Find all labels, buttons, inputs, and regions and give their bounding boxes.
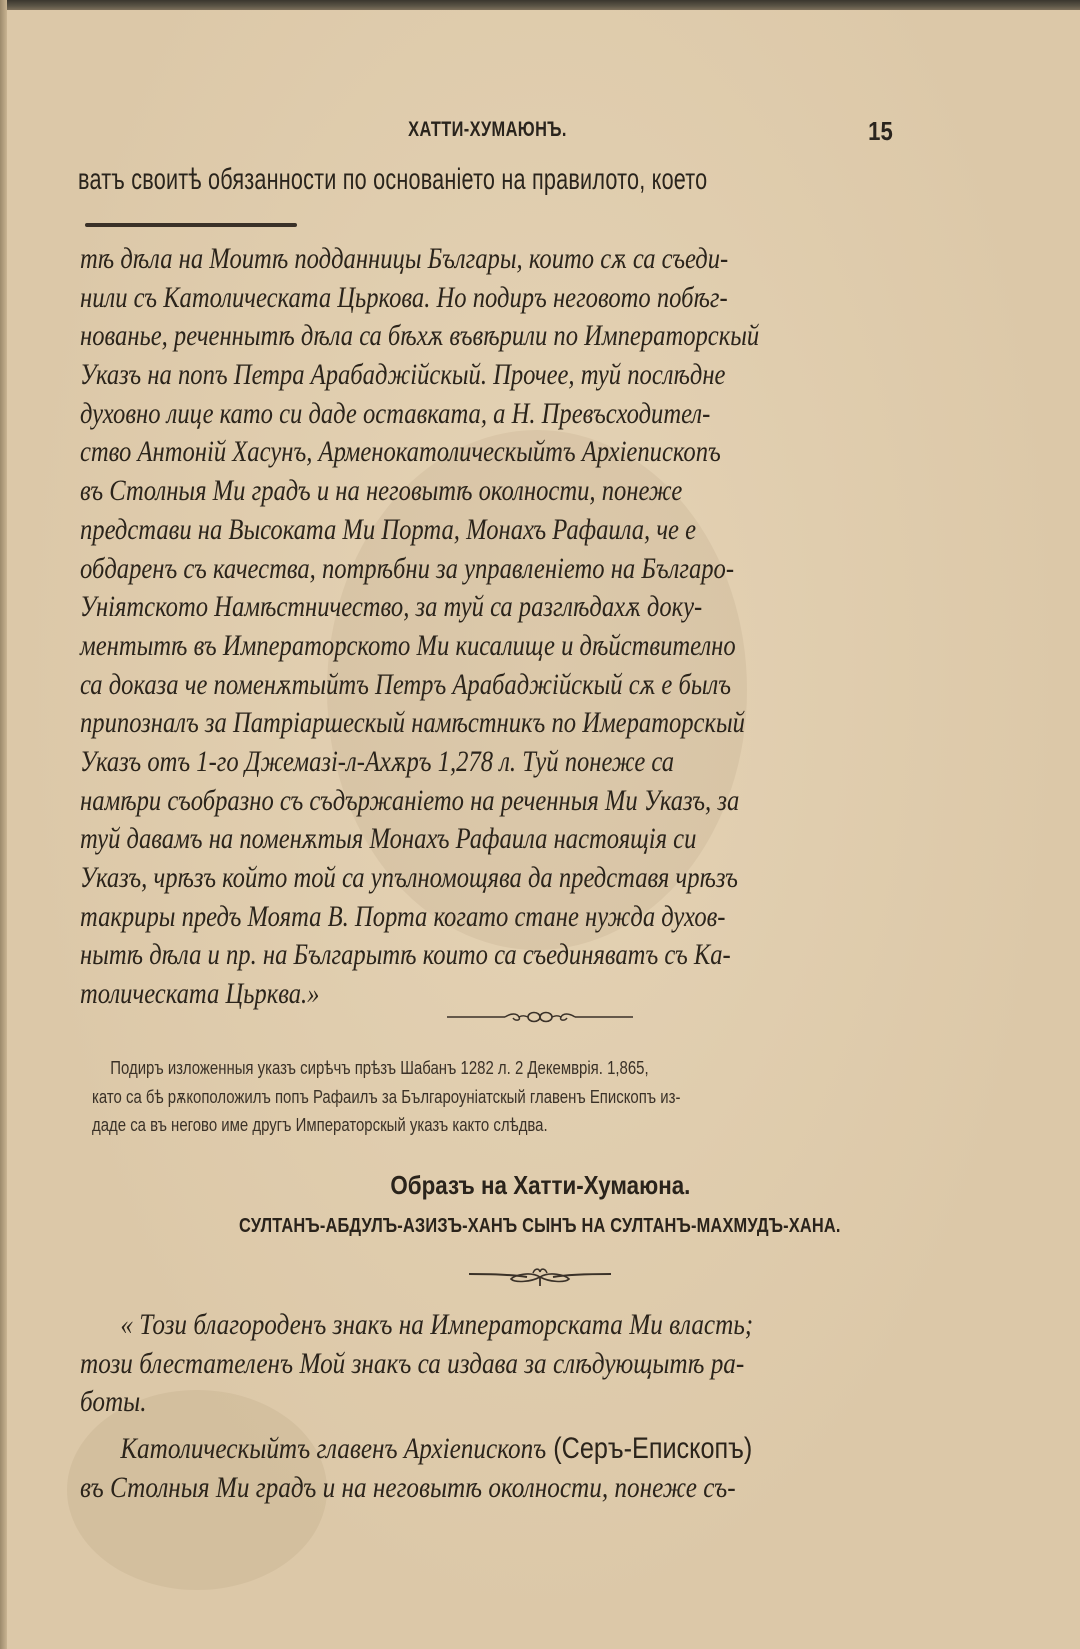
text-line: Указъ на попъ Петра Арабаджійскый. Проче… (80, 356, 752, 395)
text-line: Указъ отъ 1-го Джемазі-л-Ахѫръ 1,278 л. … (80, 743, 752, 782)
text-line: « Този благороденъ знакъ на Императорска… (80, 1306, 769, 1345)
text-line: духовно лице като си даде оставката, а Н… (80, 395, 752, 434)
note-line: като са бѣ рѫкоположилъ попъ Рафаилъ за … (92, 1083, 773, 1112)
text-line: толическата Цьрква.» (80, 975, 752, 1014)
running-title: ХАТТИ-ХУМАЮНЪ. (170, 118, 806, 142)
continuation-line: ватъ своитѣ обязанности по основаніето н… (78, 163, 668, 197)
decree-line-text: Католическыйтъ главенъ Архіепископъ (120, 1432, 546, 1465)
text-line: боты. (80, 1383, 769, 1422)
text-line: този блестателенъ Мой знакъ са издава за… (80, 1345, 769, 1384)
note-line: даде са въ негово име другъ Императорскы… (92, 1111, 773, 1140)
text-line: тѣ дѣла на Моитѣ подданницы Българы, кои… (80, 240, 752, 279)
text-line: представи на Высоката Ми Порта, Монахъ Р… (80, 511, 752, 550)
text-line: такриры предъ Моята В. Порта когато стан… (80, 898, 752, 937)
book-top-edge (0, 0, 1080, 10)
editorial-note: Подиръ изложенныя указъ сирѣчъ прѣзъ Шаб… (92, 1054, 912, 1140)
section-heading: Образъ на Хатти-Хумаюна. (0, 1170, 1080, 1201)
page-gutter-edge (0, 0, 7, 1649)
knot-ornament-icon (445, 1009, 635, 1025)
text-line: Указъ, чрѣзъ който той са упълномощява д… (80, 859, 752, 898)
footnote-rule (85, 223, 297, 227)
text-line: туй давамъ на поменѫтыя Монахъ Рафаила н… (80, 820, 752, 859)
text-line: ментытѣ въ Императорското Ми кисалище и … (80, 627, 752, 666)
bow-ornament-icon (465, 1265, 615, 1287)
bow-ornament-divider (0, 1265, 1080, 1287)
text-line: нованье, реченнытѣ дѣла са бѣхѫ въвѣрили… (80, 317, 752, 356)
text-line: въ Столныя Ми градъ и на неговытѣ околно… (80, 1469, 769, 1508)
text-line: Католическыйтъ главенъ Архіепископъ (Сер… (80, 1430, 769, 1469)
knot-ornament-divider (0, 1009, 1080, 1025)
running-head: ХАТТИ-ХУМАЮНЪ. 15 (80, 118, 895, 148)
decree-text: « Този благороденъ знакъ на Императорска… (80, 1306, 900, 1507)
text-line: нытѣ дѣла и пр. на Българытѣ които са съ… (80, 936, 752, 975)
decree-line-upright: (Серъ-Епископъ) (546, 1432, 752, 1465)
note-line: Подиръ изложенныя указъ сирѣчъ прѣзъ Шаб… (92, 1054, 773, 1083)
page-number: 15 (868, 116, 893, 147)
text-line: нили съ Католическата Цьркова. Но подиръ… (80, 279, 752, 318)
section-heading-text: Образъ на Хатти-Хумаюна. (390, 1170, 690, 1201)
text-line: намѣри съобразно съ съдържаніето на рече… (80, 782, 752, 821)
main-quote-paragraph: тѣ дѣла на Моитѣ подданницы Българы, кои… (80, 240, 900, 1014)
section-subheading: СУЛТАНЪ-АБДУЛЪ-АЗИЗЪ-ХАНЪ СЫНЪ НА СУЛТАН… (0, 1215, 1080, 1238)
text-line: въ Столныя Ми градъ и на неговытѣ околно… (80, 472, 752, 511)
text-line: Уніятското Намѣстничество, за туй са раз… (80, 588, 752, 627)
text-line: обдаренъ съ качества, потрѣбни за управл… (80, 550, 752, 589)
text-line: ство Антоній Хасунъ, Арменокатолическыйт… (80, 433, 752, 472)
section-subheading-text: СУЛТАНЪ-АБДУЛЪ-АЗИЗЪ-ХАНЪ СЫНЪ НА СУЛТАН… (239, 1215, 841, 1238)
text-line: са доказа че поменѫтыйтъ Петръ Арабаджій… (80, 666, 752, 705)
text-line: припозналъ за Патріаршескый намѣстникъ п… (80, 704, 752, 743)
